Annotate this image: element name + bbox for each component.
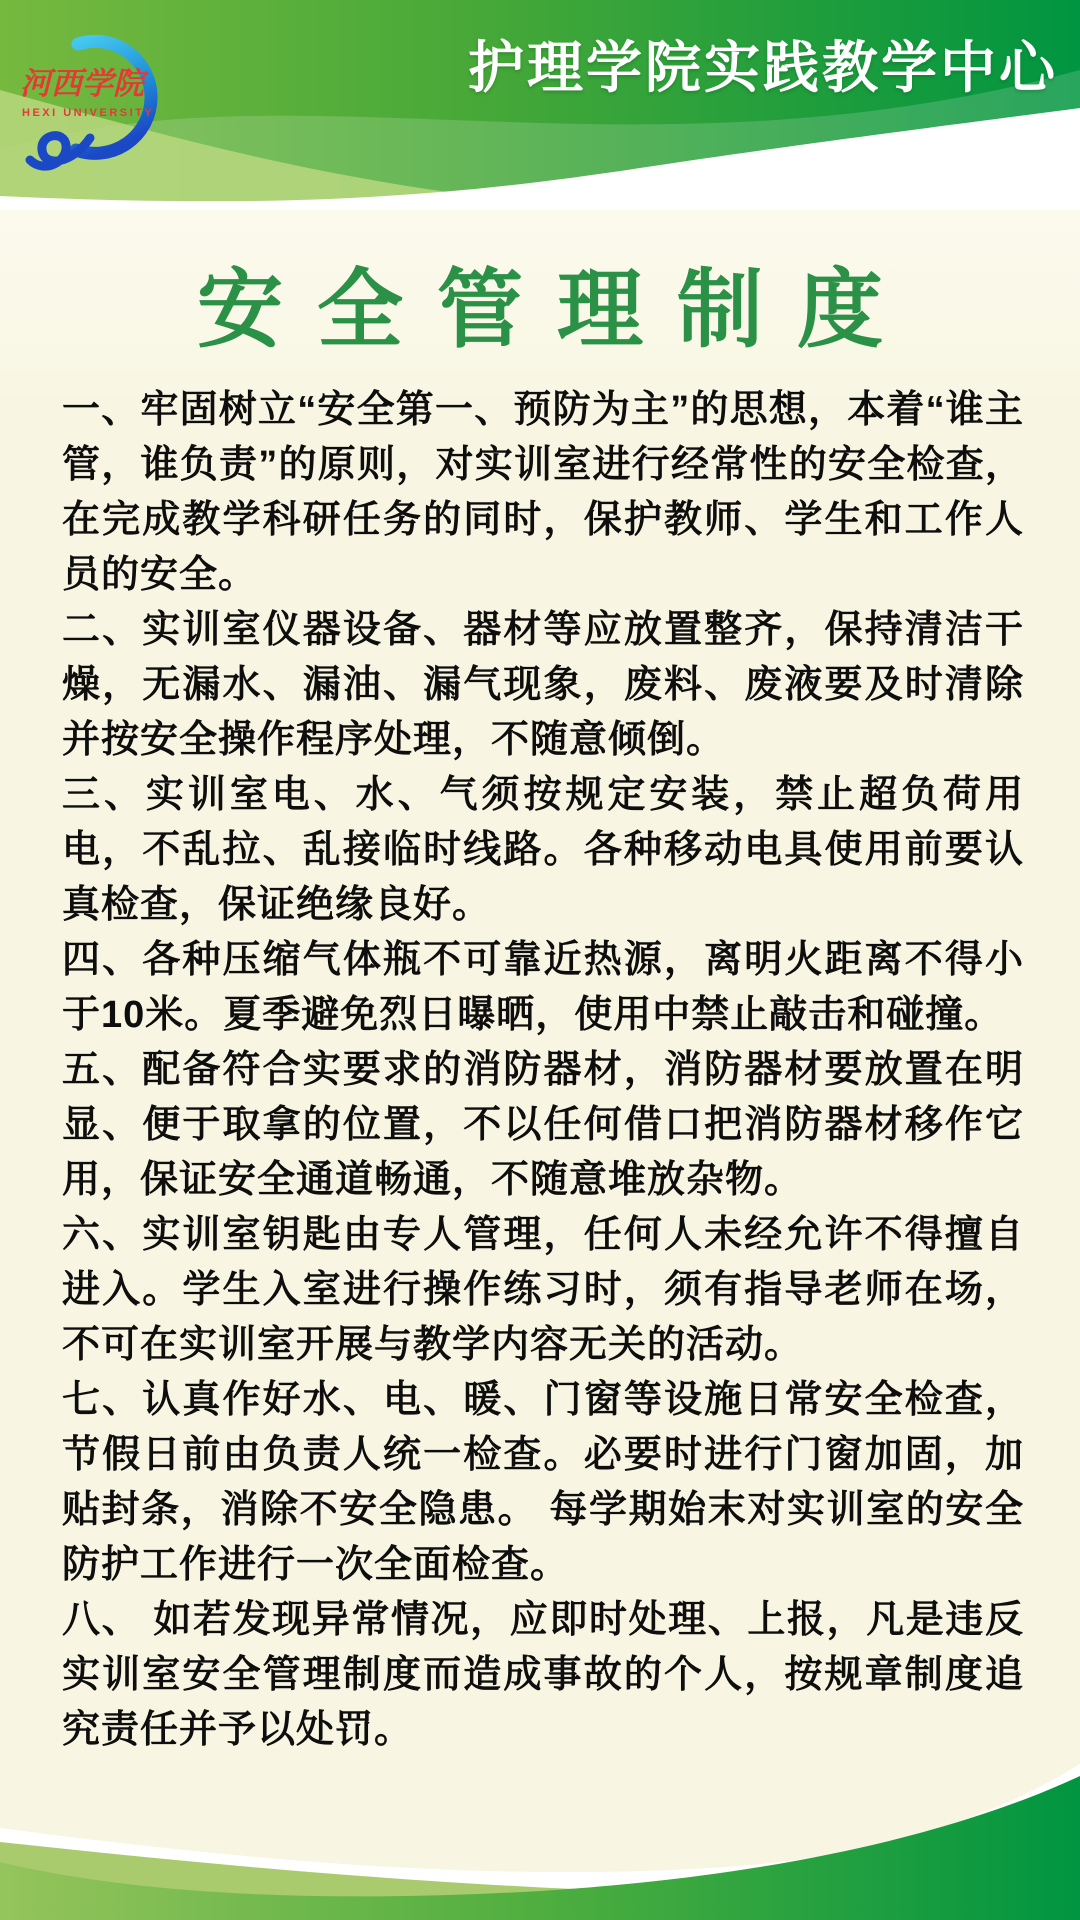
- university-logo-icon: 河西学院 HEXI UNIVERSITY: [12, 18, 192, 183]
- page-title: 安全管理制度: [0, 240, 1080, 364]
- rule-item-4: 四、各种压缩气体瓶不可靠近热源，离明火距离不得小于10米。夏季避免烈日曝晒，使用…: [62, 933, 1024, 1043]
- rules-list: 一、牢固树立“安全第一、预防为主”的思想，本着“谁主管，谁负责”的原则，对实训室…: [62, 383, 1024, 1758]
- rule-item-3: 三、实训室电、水、气须按规定安装，禁止超负荷用电，不乱拉、乱接临时线路。各种移动…: [62, 768, 1024, 933]
- rule-item-7: 七、认真作好水、电、暖、门窗等设施日常安全检查，节假日前由负责人统一检查。必要时…: [62, 1373, 1024, 1593]
- rule-item-6: 六、实训室钥匙由专人管理，任何人未经允许不得擅自进入。学生入室进行操作练习时，须…: [62, 1208, 1024, 1373]
- rule-item-2: 二、实训室仪器设备、器材等应放置整齐，保持清洁干燥，无漏水、漏油、漏气现象，废料…: [62, 603, 1024, 768]
- logo-cn-text: 河西学院: [20, 66, 149, 101]
- university-logo: 河西学院 HEXI UNIVERSITY: [12, 18, 192, 183]
- footer-banner: [0, 1750, 1080, 1920]
- header-banner: 护理学院实践教学中心 河西学院 HEXI UNIVERSITY: [0, 0, 1080, 210]
- footer-wave-layers: [0, 1750, 1080, 1920]
- safety-rules-poster: 护理学院实践教学中心 河西学院 HEXI UNIVERSITY 安全管理制度: [0, 0, 1080, 1920]
- rule-item-8: 八、 如若发现异常情况，应即时处理、上报，凡是违反实训室安全管理制度而造成事故的…: [62, 1593, 1024, 1758]
- logo-en-text: HEXI UNIVERSITY: [22, 107, 154, 119]
- header-center-name: 护理学院实践教学中心: [468, 24, 1058, 104]
- rule-item-5: 五、配备符合实要求的消防器材，消防器材要放置在明显、便于取拿的位置，不以任何借口…: [62, 1043, 1024, 1208]
- rule-item-1: 一、牢固树立“安全第一、预防为主”的思想，本着“谁主管，谁负责”的原则，对实训室…: [62, 383, 1024, 603]
